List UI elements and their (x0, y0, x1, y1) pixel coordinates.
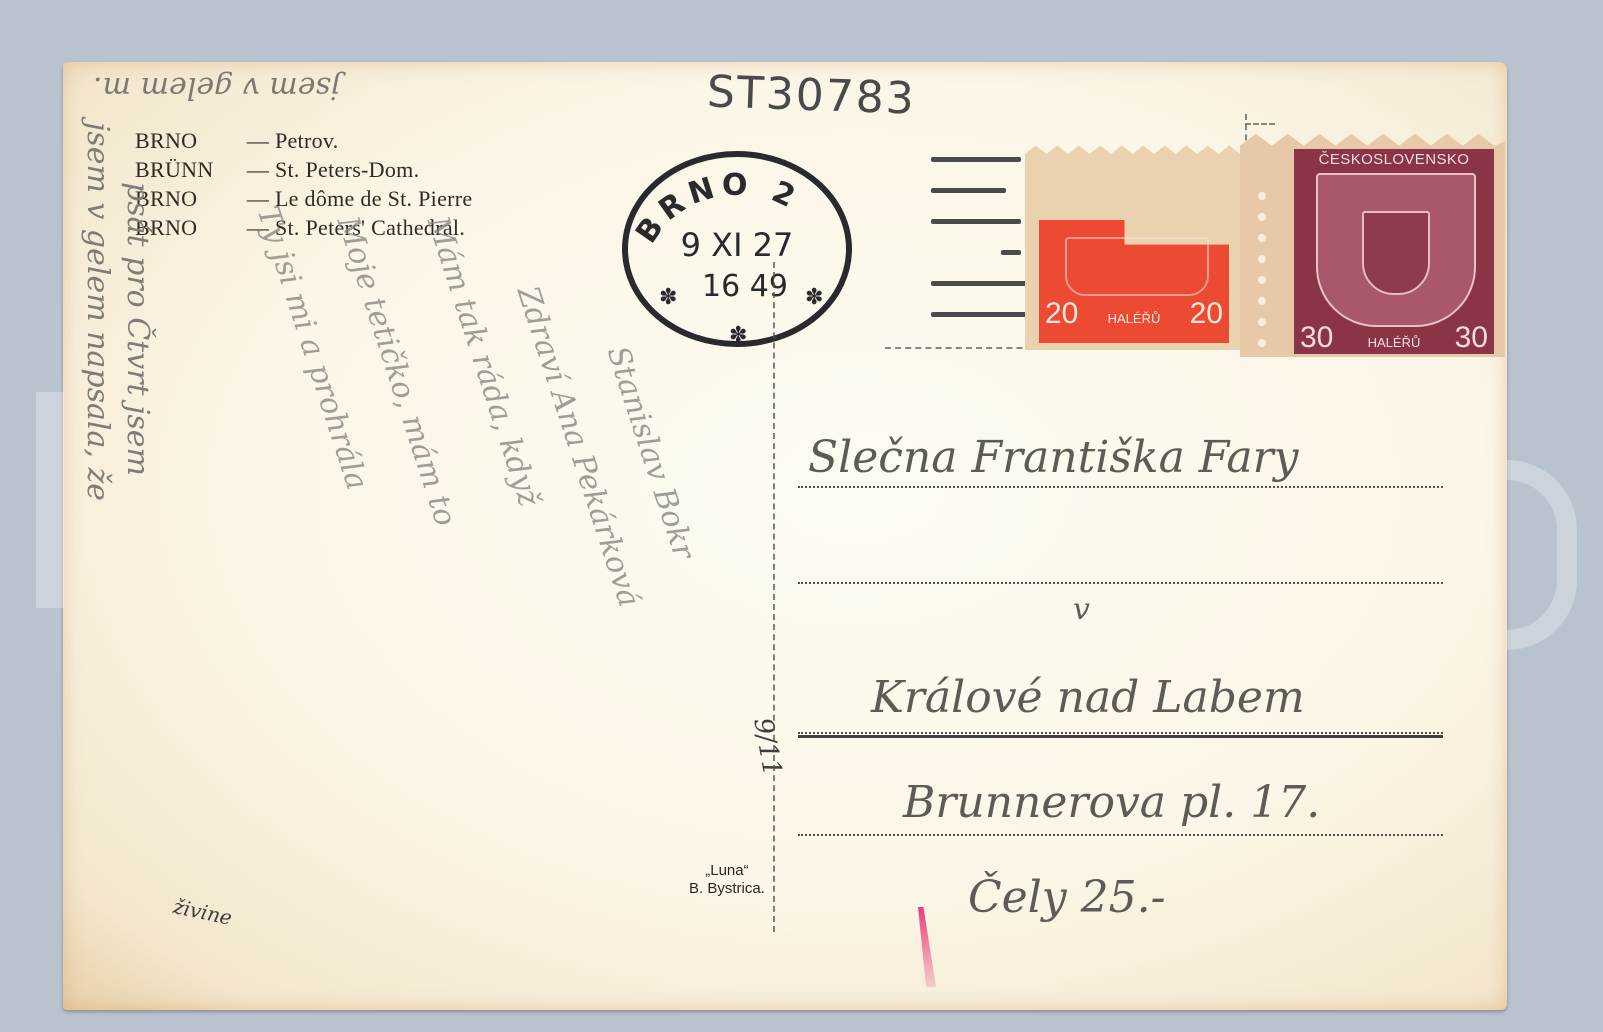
publisher-imprint: „Luna“ B. Bystrica. (689, 862, 765, 898)
stamp-perforations (1258, 192, 1266, 360)
date-note: 9/11 (747, 716, 787, 779)
address-recipient: Slečna Františka Fary (808, 432, 1298, 483)
address-town: Králové nad Labem (871, 672, 1305, 723)
address-preposition: v (1073, 592, 1090, 627)
postmark-date: 9 XI 27 (681, 226, 794, 264)
postmark-star-icon: ✽ (805, 284, 823, 309)
margin-handwriting: psát pro Čtvrt jsem (120, 182, 155, 476)
address-line (798, 582, 1443, 584)
caption-line: BRÜNN — St. Peters-Dom. (135, 155, 472, 184)
margin-handwriting: jsem v gelem napsala, že (80, 122, 115, 501)
watermark (1507, 460, 1577, 650)
postmark: BRNO 2 9 XI 27 16 49 ✽ ✽ ✽ (617, 144, 857, 354)
signature-note: živine (171, 894, 234, 930)
address-line (798, 732, 1443, 738)
pink-crayon-mark (918, 907, 936, 987)
stamp-30-haleru: ČESKOSLOVENSKO 30 HALÉŘŮ 30 (1240, 117, 1505, 357)
address-street: Brunnerova pl. 17. (903, 777, 1320, 828)
address-line (798, 486, 1443, 488)
postmark-time: 16 49 (702, 269, 788, 304)
watermark (36, 392, 64, 608)
reference-number: ST30783 (706, 66, 916, 124)
center-divider (773, 262, 775, 932)
machine-cancellation-bars (931, 157, 1041, 343)
coat-of-arms-icon (1065, 237, 1209, 296)
stamp-20-haleru: 20 HALÉŘŮ 20 (1025, 137, 1240, 350)
upside-down-handwriting: jsem v gelem m. (93, 70, 340, 105)
coat-of-arms-icon (1316, 173, 1476, 327)
stamp-box-border (1245, 123, 1275, 125)
stamp-country: ČESKOSLOVENSKO (1294, 151, 1494, 168)
caption-line: BRNO — Petrov. (135, 126, 472, 155)
postmark-star-icon: ✽ (729, 322, 747, 347)
address-district: Čely 25.- (968, 872, 1165, 923)
postcard: ST30783 BRNO — Petrov. BRÜNN — St. Peter… (63, 62, 1507, 1010)
caption-line: BRNO — Le dôme de St. Pierre (135, 184, 472, 213)
postmark-star-icon: ✽ (659, 284, 677, 309)
address-line (798, 834, 1443, 836)
